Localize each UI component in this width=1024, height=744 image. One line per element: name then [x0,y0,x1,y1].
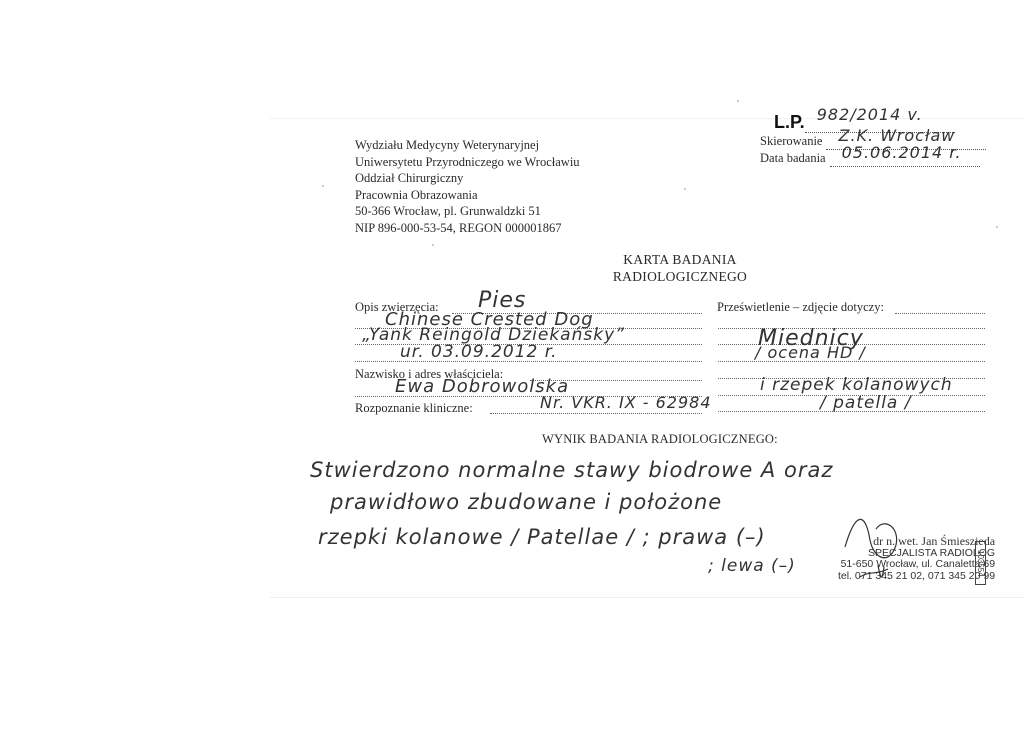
result-line: Stwierdzono normalne stawy biodrowe A or… [310,458,833,482]
card-title: KARTA BADANIA RADIOLOGICZNEGO [560,251,800,285]
dotted-line [895,313,985,314]
animal-birthdate: ur. 03.09.2012 r. [400,342,558,362]
result-line: rzepki kolanowe / Patellae / ; prawa (–) [318,525,766,549]
xray-region-2: i rzepek kolanowych [760,375,953,395]
clinical-diagnosis-value: Nr. VKR. IX - 62984 [540,393,712,412]
institution-line: 50-366 Wrocław, pl. Grunwaldzki 51 [355,203,580,220]
xray-region-2-latin: / patella / [820,393,911,413]
stamp-id-number: 103554 [975,541,986,585]
institution-line: Oddział Chirurgiczny [355,170,580,187]
scan-speck [996,226,998,228]
dotted-line [490,413,702,414]
lp-label: L.P. [774,112,805,133]
result-line: prawidłowo zbudowane i położone [330,490,722,514]
scan-speck [432,244,434,246]
exam-date-field: 05.06.2014 r. [830,147,980,167]
referral-label: Skierowanie [760,134,822,149]
institution-line: Uniwersytetu Przyrodniczego we Wrocławiu [355,154,580,171]
result-title: WYNIK BADANIA RADIOLOGICZNEGO: [542,432,778,447]
institution-line: NIP 896-000-53-54, REGON 000001867 [355,220,580,237]
card-title-line1: KARTA BADANIA [560,251,800,268]
institution-header: Wydziału Medycyny Weterynaryjnej Uniwers… [355,137,580,237]
lp-value: 982/2014 v. [817,105,923,124]
clinical-diagnosis-label: Rozpoznanie kliniczne: [355,401,473,416]
result-line: ; lewa (–) [708,556,796,576]
signature-icon [840,505,920,585]
exam-date-value: 05.06.2014 r. [842,143,962,162]
scan-speck [684,188,686,190]
institution-line: Wydziału Medycyny Weterynaryjnej [355,137,580,154]
record-info-block: L.P. 982/2014 v. Skierowanie Z.K. Wrocła… [760,112,986,163]
xray-label: Prześwietlenie – zdjęcie dotyczy: [717,300,884,315]
scan-speck [737,100,739,102]
xray-assessment: / ocena HD / [755,343,866,362]
scan-speck [322,185,324,187]
exam-date-label: Data badania [760,151,826,166]
card-title-line2: RADIOLOGICZNEGO [560,268,800,285]
institution-line: Pracownia Obrazowania [355,187,580,204]
